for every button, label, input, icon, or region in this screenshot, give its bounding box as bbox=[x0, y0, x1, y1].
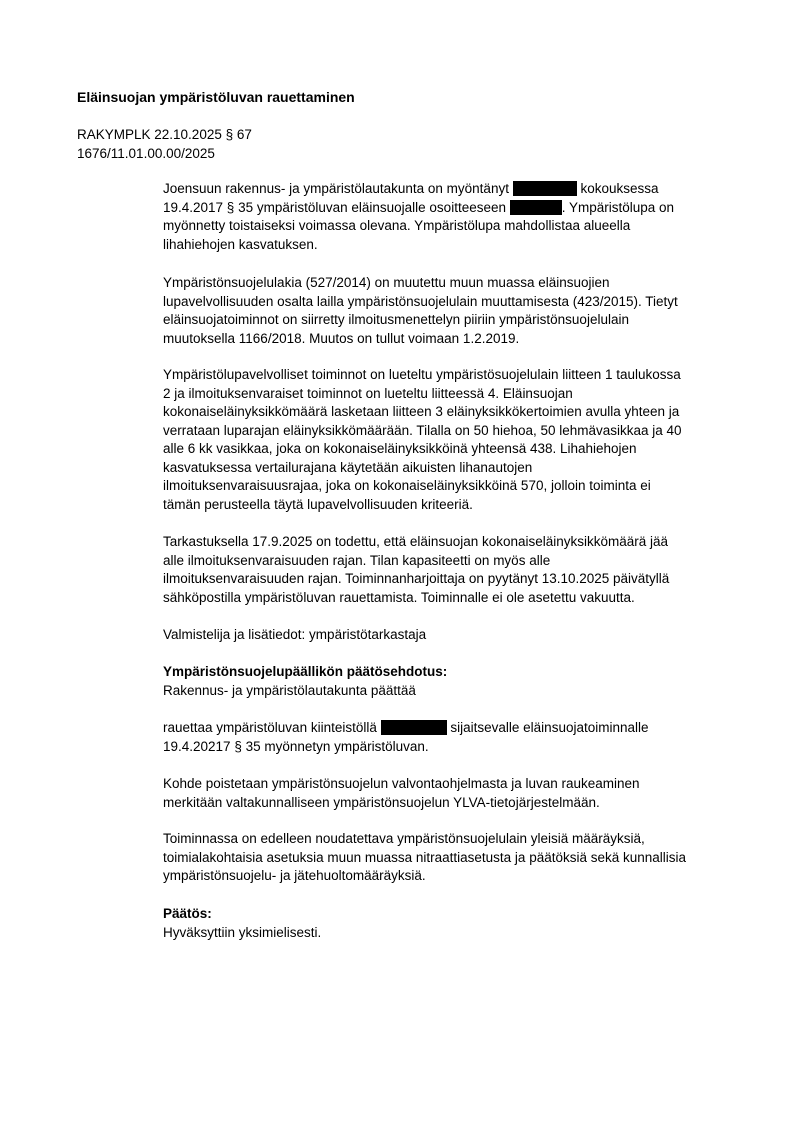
meeting-reference: RAKYMPLK 22.10.2025 § 67 bbox=[77, 126, 252, 145]
proposal-heading: Ympäristönsuojelupäällikön päätösehdotus… bbox=[163, 663, 738, 682]
text: Kohde poistetaan ympäristönsuojelun valv… bbox=[163, 775, 738, 794]
text: . Ympäristölupa on bbox=[562, 200, 674, 215]
record-number: 1676/11.01.00.00/2025 bbox=[77, 145, 252, 164]
text: myönnetty toistaiseksi voimassa olevana.… bbox=[163, 217, 738, 236]
text: rauettaa ympäristöluvan kiinteistöllä bbox=[163, 720, 377, 735]
text: 19.4.2017 § 35 ympäristöluvan eläinsuoja… bbox=[163, 200, 506, 215]
text: alle 6 kk vasikkaa, joka on kokonaiseläi… bbox=[163, 440, 738, 459]
text: sähköpostilla ympäristöluvan rauettamist… bbox=[163, 589, 738, 608]
text: ilmoituksenvaraisuusrajaa, joka on kokon… bbox=[163, 477, 738, 496]
text: lupavelvollisuuden osalta lailla ympäris… bbox=[163, 293, 738, 312]
decision-proposal-text: rauettaa ympäristöluvan kiinteistöllä si… bbox=[163, 719, 738, 756]
paragraph-legislation: Ympäristönsuojelulakia (527/2014) on muu… bbox=[163, 274, 738, 348]
text: Toiminnassa on edelleen noudatettava ymp… bbox=[163, 830, 738, 849]
redaction-block bbox=[510, 200, 562, 215]
document-title: Eläinsuojan ympäristöluvan rauettaminen bbox=[77, 89, 355, 105]
decision-section: Päätös: Hyväksyttiin yksimielisesti. bbox=[163, 905, 738, 942]
proposal-intro: Rakennus- ja ympäristölautakunta päättää bbox=[163, 682, 738, 701]
text: Ympäristönsuojelulakia (527/2014) on muu… bbox=[163, 274, 738, 293]
preparer-line: Valmistelija ja lisätiedot: ympäristötar… bbox=[163, 626, 738, 645]
paragraph-obligations: Toiminnassa on edelleen noudatettava ymp… bbox=[163, 830, 738, 886]
text: Tarkastuksella 17.9.2025 on todettu, ett… bbox=[163, 533, 738, 552]
paragraph-background: Joensuun rakennus- ja ympäristölautakunt… bbox=[163, 180, 738, 254]
text: verrataan luparajan eläinyksikkömäärään.… bbox=[163, 422, 738, 441]
text: kokonaiseläinyksikkömäärä lasketaan liit… bbox=[163, 403, 738, 422]
decision-result: Hyväksyttiin yksimielisesti. bbox=[163, 924, 738, 943]
text: 19.4.20217 § 35 myönnetyn ympäristöluvan… bbox=[163, 738, 738, 757]
text: toimialakohtaisia asetuksia muun muassa … bbox=[163, 849, 738, 868]
text: lihahiehojen kasvatuksen. bbox=[163, 236, 738, 255]
text: Joensuun rakennus- ja ympäristölautakunt… bbox=[163, 181, 509, 196]
paragraph-removal: Kohde poistetaan ympäristönsuojelun valv… bbox=[163, 775, 738, 812]
proposal-section: Ympäristönsuojelupäällikön päätösehdotus… bbox=[163, 663, 738, 700]
decision-heading: Päätös: bbox=[163, 905, 738, 924]
text: tämän perusteella täytä lupavelvollisuud… bbox=[163, 496, 738, 515]
text: merkitään valtakunnalliseen ympäristönsu… bbox=[163, 794, 738, 813]
text: kasvatuksessa vertailurajana käytetään a… bbox=[163, 459, 738, 478]
text: alle ilmoituksenvaraisuuden rajan. Tilan… bbox=[163, 552, 738, 571]
paragraph-thresholds: Ympäristölupavelvolliset toiminnot on lu… bbox=[163, 366, 738, 514]
text: ympäristönsuojelu- ja jätehuoltomääräyks… bbox=[163, 867, 738, 886]
text: Ympäristölupavelvolliset toiminnot on lu… bbox=[163, 366, 738, 385]
text: kokouksessa bbox=[580, 181, 658, 196]
text: sijaitsevalle eläinsuojatoiminnalle bbox=[450, 720, 648, 735]
redaction-block bbox=[381, 720, 447, 735]
redaction-block bbox=[513, 181, 577, 196]
paragraph-inspection: Tarkastuksella 17.9.2025 on todettu, ett… bbox=[163, 533, 738, 607]
text: eläinsuojatoiminnot on siirretty ilmoitu… bbox=[163, 311, 738, 330]
text: ilmoituksenvaraisuuden rajan. Toiminnanh… bbox=[163, 570, 738, 589]
document-meta: RAKYMPLK 22.10.2025 § 67 1676/11.01.00.0… bbox=[77, 126, 252, 163]
text: muutoksella 1166/2018. Muutos on tullut … bbox=[163, 330, 738, 349]
text: 2 ja ilmoituksenvaraiset toiminnot on lu… bbox=[163, 385, 738, 404]
